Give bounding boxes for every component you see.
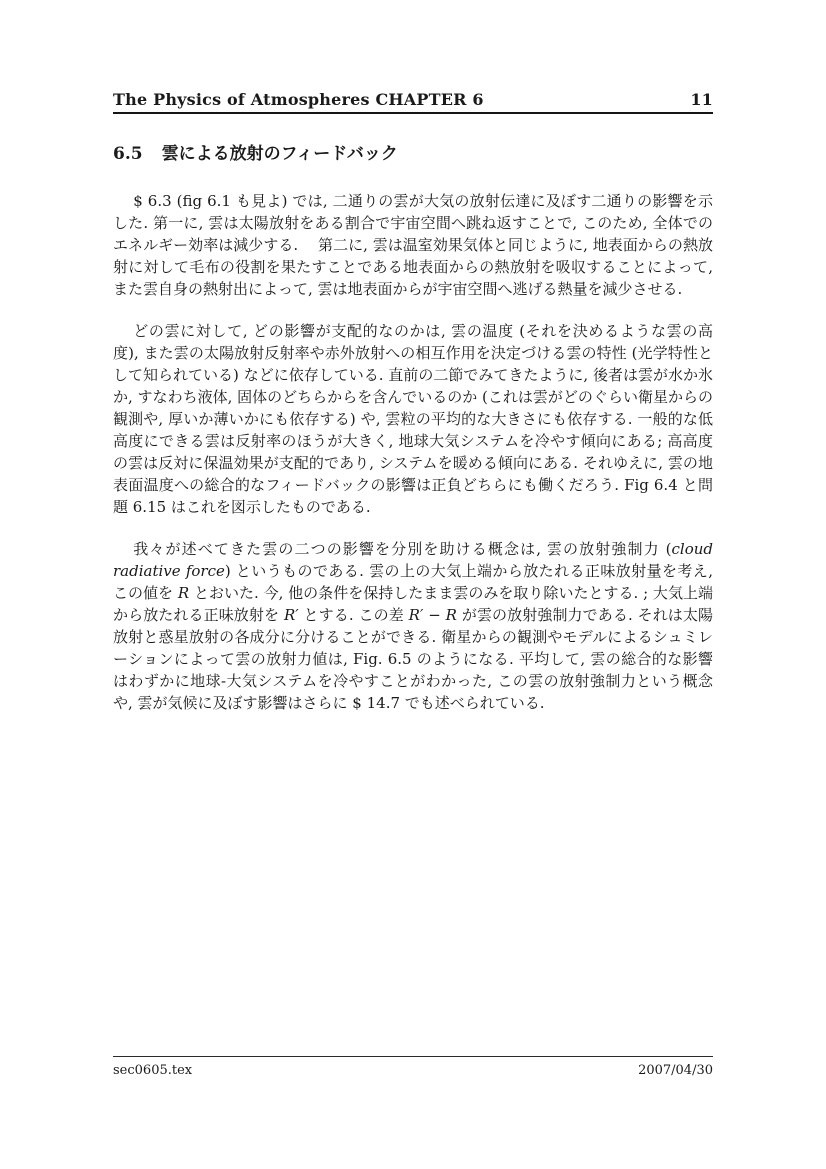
- text-segment: どの雲に対して, どの影響が支配的なのかは, 雲の温度 (それを決めるような雲の…: [113, 322, 713, 516]
- italic-text-segment: R: [178, 584, 189, 602]
- document-page: The Physics of Atmospheres CHAPTER 6 11 …: [0, 0, 826, 1169]
- section-title: 雲による放射のフィードバック: [162, 139, 398, 164]
- section-heading: 6.5 雲による放射のフィードバック: [113, 139, 398, 164]
- text-segment: 我々が述べてきた雲の二つの影響を分別を助ける概念は, 雲の放射強制力 (: [133, 540, 671, 558]
- header-rule: [113, 112, 713, 114]
- page-footer: sec0605.tex 2007/04/30: [113, 1056, 713, 1078]
- section-number: 6.5: [113, 144, 143, 164]
- footer-filename: sec0605.tex: [113, 1063, 192, 1078]
- body-paragraph: 我々が述べてきた雲の二つの影響を分別を助ける概念は, 雲の放射強制力 (clou…: [113, 538, 713, 714]
- body-text: $ 6.3 (fig 6.1 も見よ) では, 二通りの雲が大気の放射伝達に及ぼ…: [113, 190, 713, 734]
- footer-date: 2007/04/30: [638, 1063, 713, 1078]
- running-header: The Physics of Atmospheres CHAPTER 6 11: [113, 90, 713, 109]
- body-paragraph: どの雲に対して, どの影響が支配的なのかは, 雲の温度 (それを決めるような雲の…: [113, 320, 713, 518]
- running-header-title: The Physics of Atmospheres CHAPTER 6: [113, 90, 484, 109]
- body-paragraph: $ 6.3 (fig 6.1 も見よ) では, 二通りの雲が大気の放射伝達に及ぼ…: [113, 190, 713, 300]
- text-segment: とする. この差: [299, 606, 409, 624]
- text-segment: $ 6.3 (fig 6.1 も見よ) では, 二通りの雲が大気の放射伝達に及ぼ…: [113, 192, 713, 298]
- page-number: 11: [690, 90, 713, 109]
- italic-text-segment: R′ − R: [409, 606, 457, 624]
- italic-text-segment: R′: [284, 606, 299, 624]
